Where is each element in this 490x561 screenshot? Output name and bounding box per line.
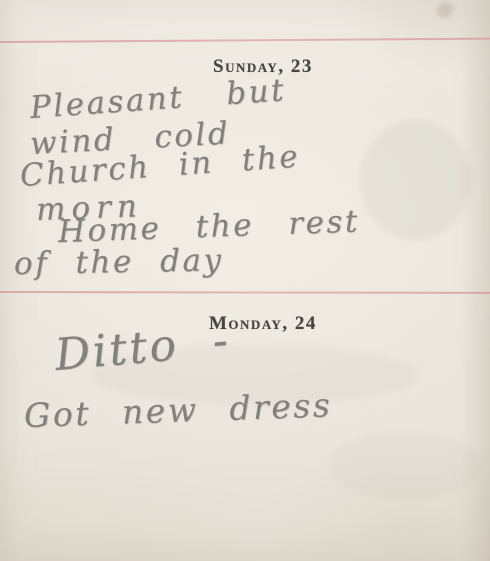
- page-rule-top: [0, 38, 490, 43]
- handwriting-line: Pleasant but: [29, 72, 287, 126]
- show-through-mark: [360, 120, 470, 240]
- page-rule-middle: [0, 291, 490, 294]
- pencil-smudge: [434, 0, 455, 21]
- handwriting-line: of the day: [14, 242, 224, 282]
- show-through-mark: [330, 430, 480, 500]
- diary-page-scan: Sunday, 23 Pleasant but wind cold Church…: [0, 0, 490, 561]
- handwriting-line: Got new dress: [23, 385, 332, 435]
